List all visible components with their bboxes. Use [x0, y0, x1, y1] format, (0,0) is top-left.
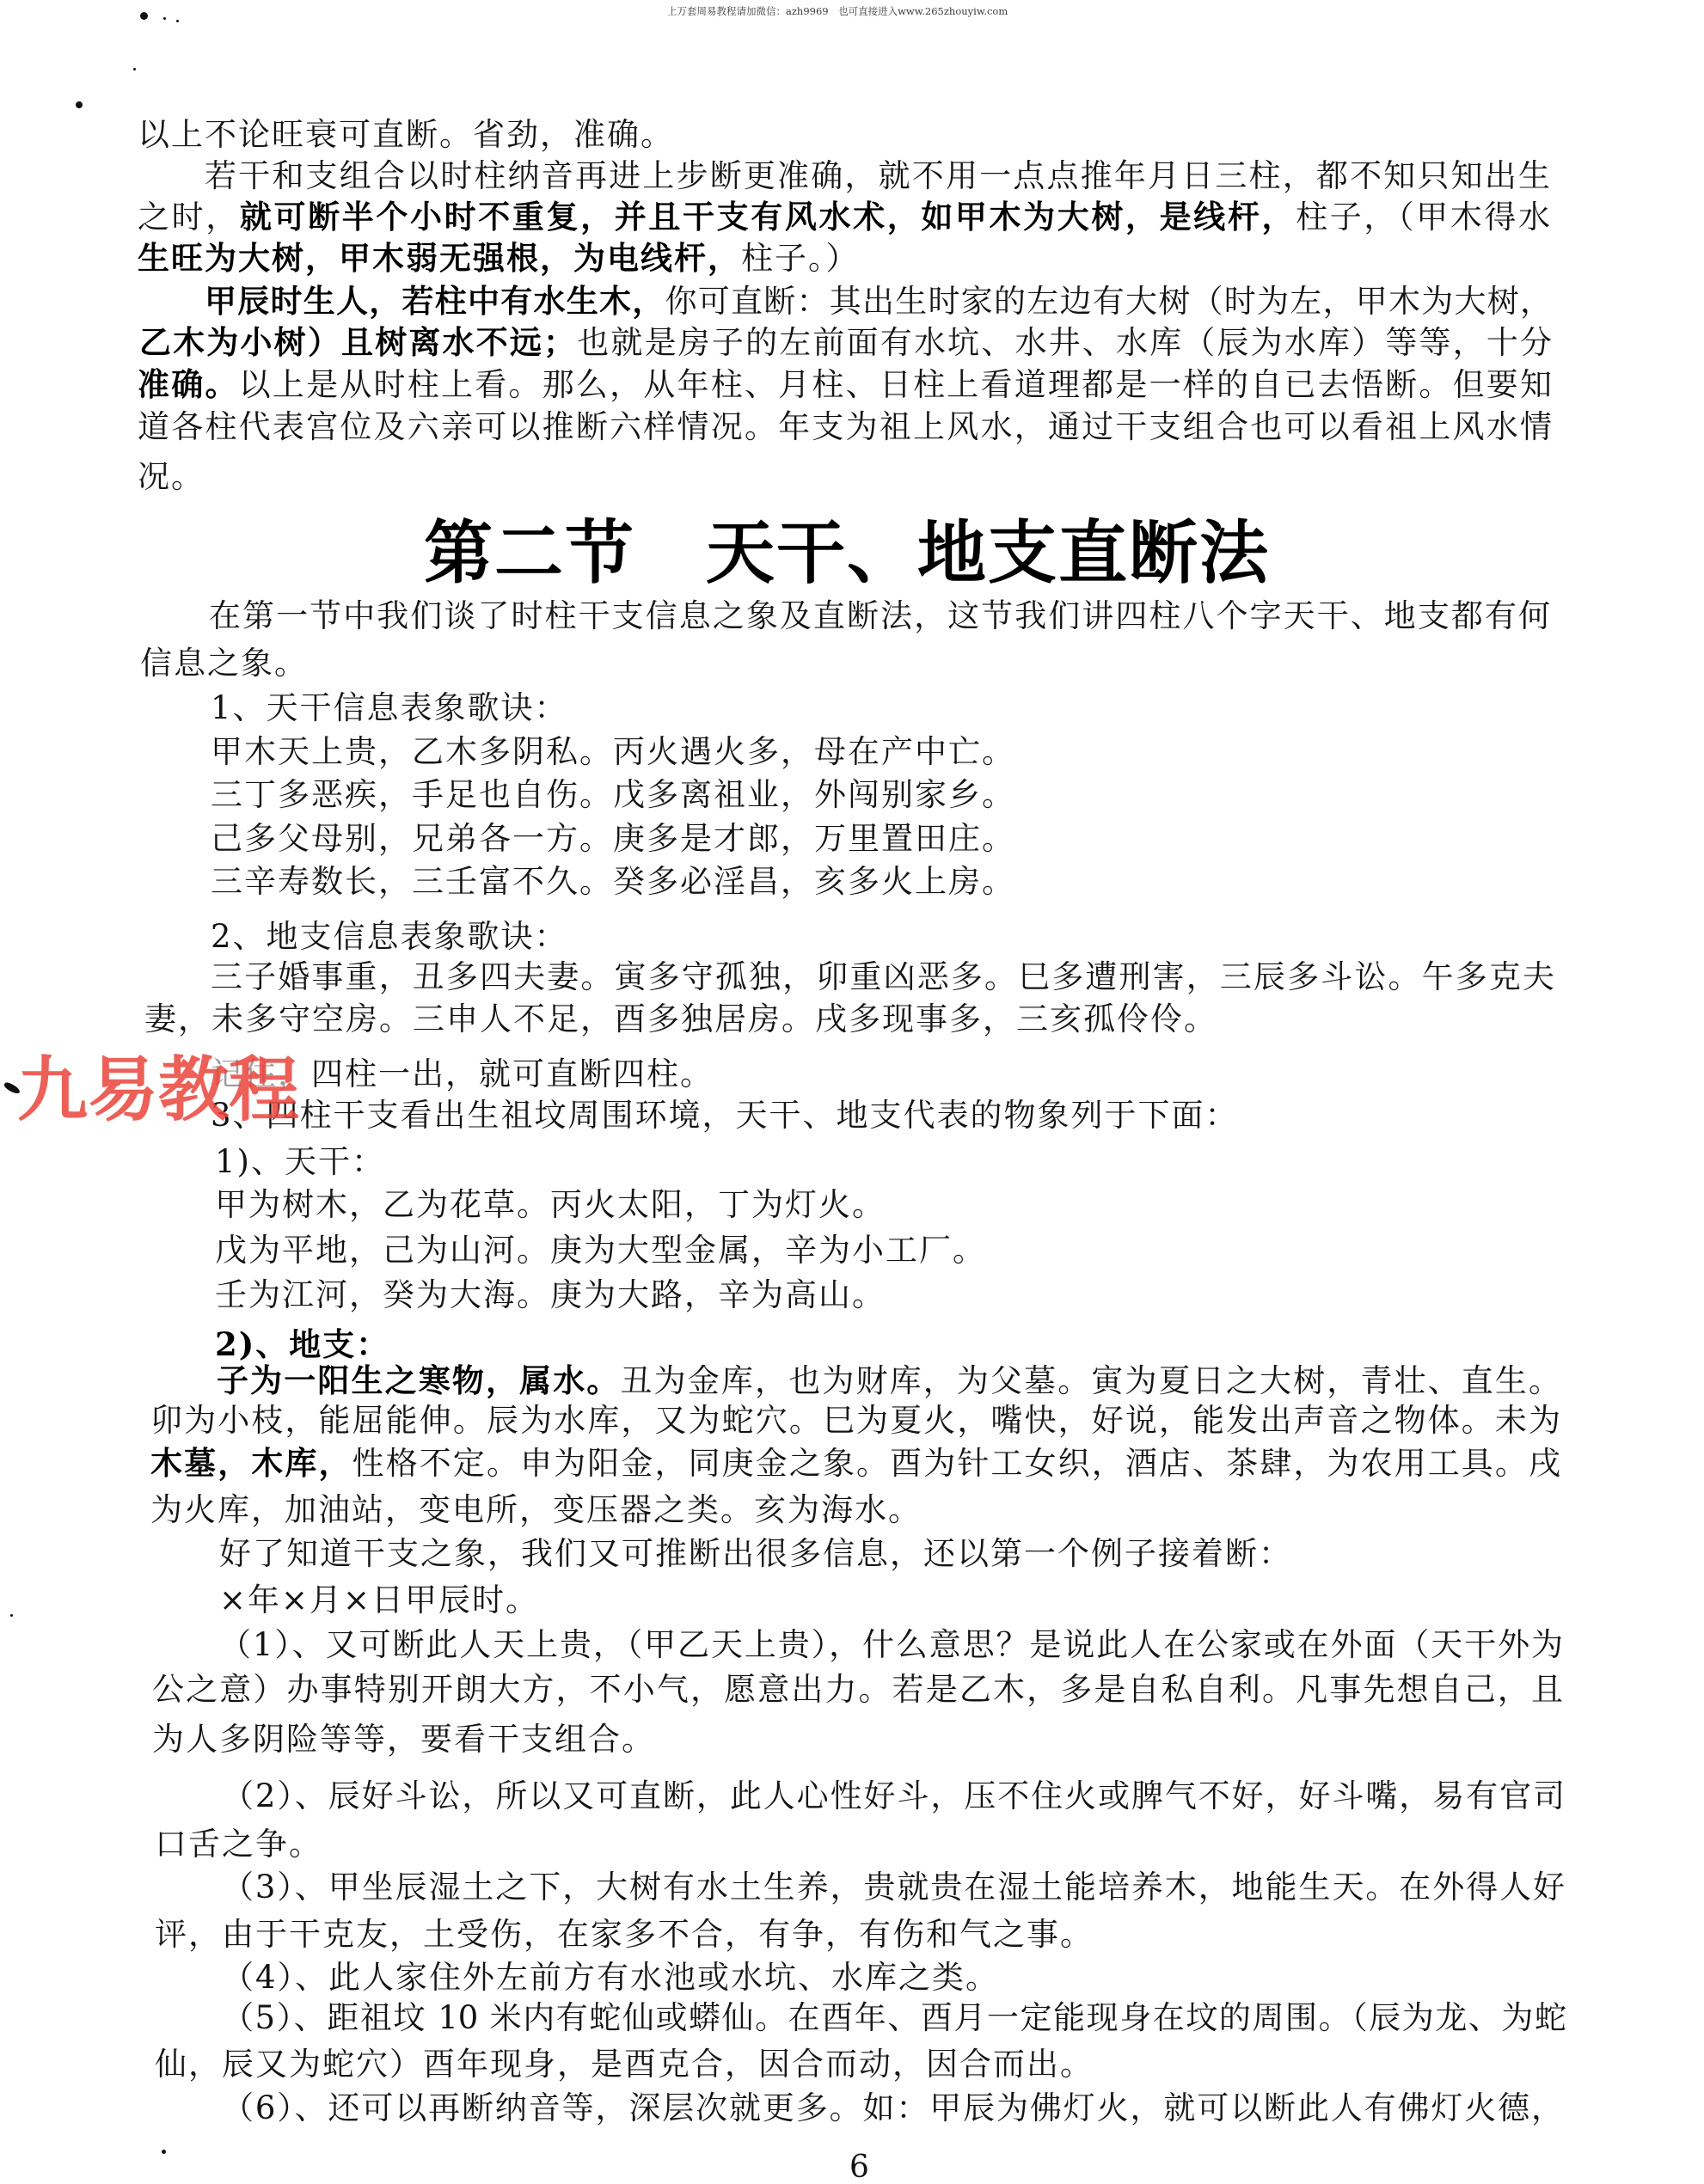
- text-line: 况。: [138, 459, 205, 495]
- text-line: 生旺为大树，甲木弱无强根，为电线杆，柱子。）: [138, 240, 860, 276]
- subheading: 1、天干信息表象歌诀：: [211, 690, 568, 726]
- list-item-line: （5）、距祖坟 10 米内有蛇仙或蟒仙。在酉年、酉月一定能现身在坟的周围。（辰为…: [222, 2000, 1566, 2036]
- text-line: 以上不论旺衰可直断。省劲，准确。: [138, 117, 674, 153]
- list-item-line: 为人多阴险等等，要看干支组合。: [152, 1722, 655, 1758]
- text-segment-bold: 就可断半个小时不重复，并且干支有风水术，如甲木为大树，是线杆，: [240, 198, 1296, 236]
- text-segment-bold: 木墓，木库，: [150, 1444, 352, 1482]
- scan-speck: [76, 101, 83, 108]
- text-segment: 之时，: [138, 199, 240, 236]
- verse-line: 甲木天上贵，乙木多阴私。丙火遇火多，母在产中亡。: [211, 734, 1015, 770]
- subheading: 2)、地支：: [215, 1326, 389, 1362]
- list-item-line: 评，由于干克友，土受伤，在家多不合，有争，有伤和气之事。: [155, 1917, 1094, 1953]
- scan-speck: [162, 2150, 166, 2154]
- header-promo-text: 上万套周易教程请加微信：azh9969 也可直接进入www.265zhouyiw…: [667, 4, 1008, 18]
- verse-line: 三丁多恶疾，手足也自伤。戊多离祖业，外闯别家乡。: [211, 777, 1015, 813]
- subheading: 2、地支信息表象歌诀：: [211, 919, 568, 955]
- scan-speck: [10, 1614, 13, 1617]
- list-item-line: （6）、还可以再断纳音等，深层次就更多。如：甲辰为佛灯火，就可以断此人有佛灯火德…: [222, 2090, 1563, 2126]
- text-segment: 性格不定。申为阳金，同庚金之象。酉为针工女织，酒店、茶肆，为农用工具。戌: [352, 1445, 1560, 1482]
- text-segment-bold: 生旺为大树，甲木弱无强根，为电线杆，: [138, 239, 741, 277]
- text-line: 戊为平地，己为山河。庚为大型金属，辛为小工厂。: [215, 1233, 986, 1269]
- section-title: 第二节 天干、地支直断法: [424, 514, 1270, 593]
- verse-line: 己多父母别，兄弟各一方。庚多是才郎，万里置田庄。: [211, 821, 1015, 857]
- scan-speck: [163, 17, 166, 20]
- text-line: 好了知道干支之象，我们又可推断出很多信息，还以第一个例子接着断：: [219, 1536, 1292, 1572]
- text-line: ×年×月×日甲辰时。: [219, 1582, 539, 1618]
- text-line: 卯为小枝，能屈能伸。辰为水库，又为蛇穴。巳为夏火，嘴快，好说，能发出声音之物体。…: [150, 1403, 1560, 1439]
- verse-line: 妻，未多守空房。三申人不足，酉多独居房。戌多现事多，三亥孤伶伶。: [144, 1001, 1217, 1037]
- list-item-line: （2）、辰好斗讼，所以又可直断，此人心性好斗，压不住火或脾气不好，好斗嘴，易有官…: [222, 1778, 1565, 1814]
- text-line: 木墓，木库，性格不定。申为阳金，同庚金之象。酉为针工女织，酒店、茶肆，为农用工具…: [150, 1445, 1560, 1481]
- watermark-logo-text: 九易教程: [17, 1052, 299, 1129]
- text-line: 道各柱代表宫位及六亲可以推断六样情况。年支为祖上风水，通过干支组合也可以看祖上风…: [138, 409, 1552, 445]
- subheading: 1)、天干：: [215, 1144, 385, 1180]
- scan-speck: [176, 20, 179, 22]
- scan-speck: [140, 12, 148, 20]
- verse-line: 三辛寿数长，三壬富不久。癸多必淫昌，亥多火上房。: [211, 864, 1015, 900]
- text-segment-bold: 准确。: [138, 365, 239, 403]
- text-segment: 丑为金库，也为财库，为父墓。寅为夏日之大树，青壮、直生。: [621, 1362, 1560, 1399]
- text-segment: 你可直断：其出生时家的左边有大树（时为左，甲木为大树，: [665, 283, 1553, 320]
- text-segment-bold: 乙木为小树）且树离水不远；: [139, 323, 575, 361]
- scan-speck: [133, 68, 136, 70]
- text-line: 为火库，加油站，变电所，变压器之类。亥为海水。: [150, 1492, 922, 1528]
- text-line: 信息之象。: [140, 645, 308, 682]
- list-item-line: 口舌之争。: [155, 1826, 322, 1863]
- list-item-line: （4）、此人家住外左前方有水池或水坑、水库之类。: [222, 1960, 999, 1996]
- text-segment: 以上是从时柱上看。那么，从年柱、月柱、日柱上看道理都是一样的自已去悟断。但要知: [239, 366, 1552, 403]
- verse-line: 三子婚事重，丑多四夫妻。寅多守孤独，卯重凶恶多。巳多遭刑害，三辰多斗讼。午多克夫: [211, 959, 1554, 995]
- text-line: 子为一阳生之寒物，属水。丑为金库，也为财库，为父墓。寅为夏日之大树，青壮、直生。: [217, 1362, 1560, 1398]
- list-item-line: 公之意）办事特别开朗大方，不小气，愿意出力。若是乙木，多是自私自利。凡事先想自己…: [152, 1672, 1563, 1708]
- text-line: 准确。以上是从时柱上看。那么，从年柱、月柱、日柱上看道理都是一样的自已去悟断。但…: [138, 366, 1552, 402]
- text-segment-bold: 甲辰时生人，若柱中有水生木，: [205, 282, 665, 320]
- text-line: 在第一节中我们谈了时柱干支信息之象及直断法，这节我们讲四柱八个字天干、地支都有何: [209, 598, 1550, 634]
- text-segment: 柱子，（甲木得水: [1296, 199, 1550, 236]
- list-item-line: （3）、甲坐辰湿土之下，大树有水土生养，贵就贵在湿土能培养木，地能生天。在外得人…: [222, 1869, 1565, 1906]
- text-line: 甲辰时生人，若柱中有水生木，你可直断：其出生时家的左边有大树（时为左，甲木为大树…: [205, 283, 1552, 319]
- list-item-line: 仙，辰又为蛇穴）酉年现身，是酉克合，因合而动，因合而出。: [155, 2046, 1094, 2083]
- text-line: 壬为江河，癸为大海。庚为大路，辛为高山。: [215, 1277, 886, 1313]
- text-segment: 四柱一出，就可直断四柱。: [311, 1055, 714, 1092]
- page-number: 6: [849, 2149, 869, 2184]
- list-item-line: （1）、又可断此人天上贵，（甲乙天上贵），什么意思？是说此人在公家或在外面（天干…: [219, 1627, 1563, 1663]
- text-line: 乙木为小树）且树离水不远；也就是房子的左前面有水坑、水井、水库（辰为水库）等等，…: [139, 324, 1552, 360]
- text-segment-bold: 子为一阳生之寒物，属水。: [217, 1361, 621, 1399]
- text-segment: 也就是房子的左前面有水坑、水井、水库（辰为水库）等等，十分: [575, 324, 1552, 361]
- text-line: 之时，就可断半个小时不重复，并且干支有风水术，如甲木为大树，是线杆，柱子，（甲木…: [138, 199, 1550, 235]
- text-line: 甲为树木，乙为花草。丙火太阳，丁为灯火。: [215, 1187, 886, 1223]
- text-segment: 柱子。）: [741, 240, 860, 277]
- text-line: 3、四柱干支看出生祖坟周围环境，天干、地支代表的物象列于下面：: [211, 1098, 1239, 1134]
- document-page: 上万套周易教程请加微信：azh9969 也可直接进入www.265zhouyiw…: [0, 0, 1704, 2184]
- text-line: 若干和支组合以时柱纳音再进上步断更准确，就不用一点点推年月日三柱，都不知只知出生: [205, 158, 1550, 194]
